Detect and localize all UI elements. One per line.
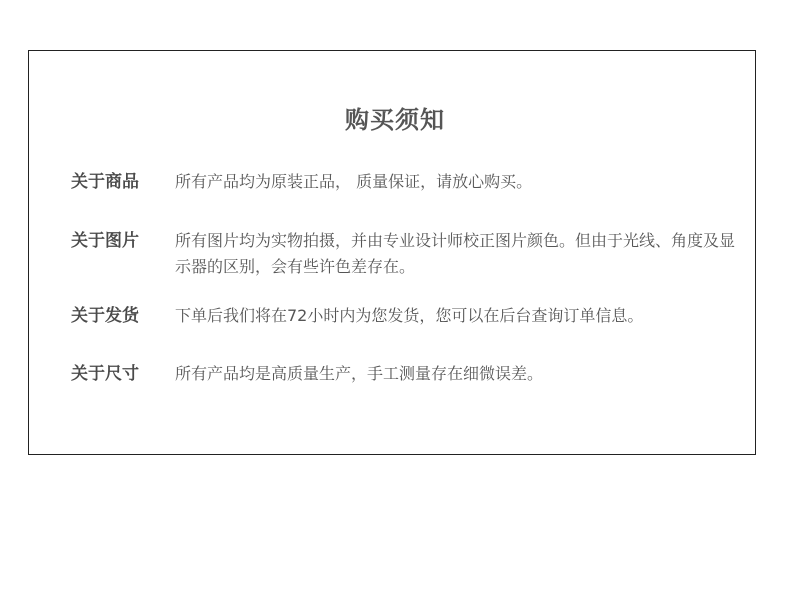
notice-title: 购买须知 bbox=[0, 100, 790, 135]
notice-item-label: 关于商品 bbox=[71, 169, 175, 195]
notice-item-text: 所有产品均是高质量生产，手工测量存在细微误差。 bbox=[175, 361, 745, 387]
notice-item-size: 关于尺寸 所有产品均是高质量生产，手工测量存在细微误差。 bbox=[71, 361, 745, 387]
notice-item-text: 下单后我们将在72小时内为您发货，您可以在后台查询订单信息。 bbox=[175, 303, 775, 329]
notice-item-label: 关于发货 bbox=[71, 303, 175, 329]
notice-item-label: 关于尺寸 bbox=[71, 361, 175, 387]
notice-item-text: 所有产品均为原装正品， 质量保证，请放心购买。 bbox=[175, 169, 745, 195]
notice-item-product: 关于商品 所有产品均为原装正品， 质量保证，请放心购买。 bbox=[71, 169, 745, 195]
notice-item-text: 所有图片均为实物拍摄，并由专业设计师校正图片颜色。但由于光线、角度及显示器的区别… bbox=[175, 228, 745, 280]
notice-item-shipping: 关于发货 下单后我们将在72小时内为您发货，您可以在后台查询订单信息。 bbox=[71, 303, 775, 329]
notice-item-label: 关于图片 bbox=[71, 228, 175, 280]
notice-item-images: 关于图片 所有图片均为实物拍摄，并由专业设计师校正图片颜色。但由于光线、角度及显… bbox=[71, 228, 745, 280]
